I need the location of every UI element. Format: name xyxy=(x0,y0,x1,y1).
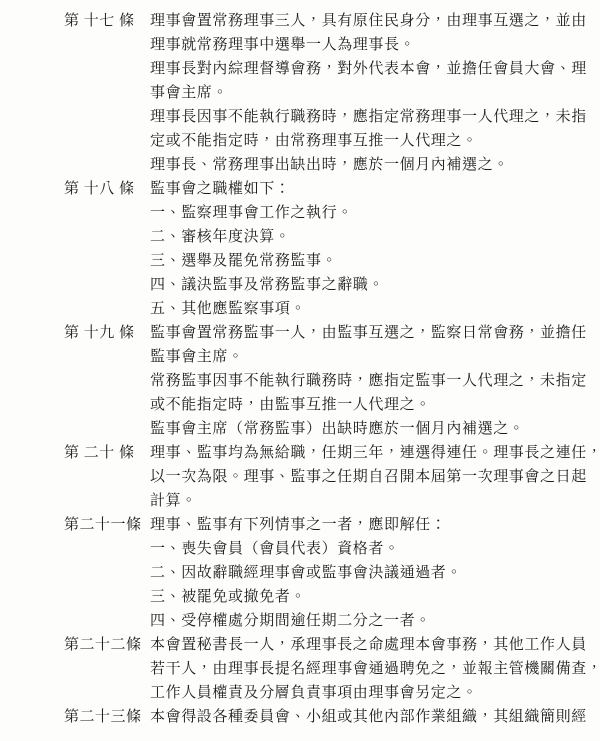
article-line: 監事會之職權如下： xyxy=(150,177,600,201)
article-line: 四、受停權處分期間逾任期二分之一者。 xyxy=(150,609,600,633)
article-number: 第 十七 條 xyxy=(64,9,150,33)
article-line: 理事長、常務理事出缺出時，應於一個月內補選之。 xyxy=(150,153,600,177)
article-line: 二、審核年度決算。 xyxy=(150,225,600,249)
article-line: 理事長對內綜理督導會務，對外代表本會，並擔任會員大會、理 xyxy=(150,57,600,81)
article-body: 監事會之職權如下： 一、監察理事會工作之執行。 二、審核年度決算。 三、選舉及罷… xyxy=(150,177,600,321)
article-number: 第 十九 條 xyxy=(64,321,150,345)
article-line: 理事會置常務理事三人，具有原住民身分，由理事互選之，並由 xyxy=(150,9,600,33)
article-line: 以一次為限。理事、監事之任期自召開本屆第一次理事會之日起 xyxy=(150,465,600,489)
article-19: 第 十九 條 監事會置常務監事一人，由監事互選之，監察日常會務，並擔任 監事會主… xyxy=(0,321,600,441)
article-number: 第 十八 條 xyxy=(64,177,150,201)
article-23: 第二十三條 本會得設各種委員會、小組或其他內部作業組織，其組織簡則經 xyxy=(0,705,600,729)
article-line: 四、議決監事及常務監事之辭職。 xyxy=(150,273,600,297)
article-line: 二、因故辭職經理事會或監事會決議通過者。 xyxy=(150,561,600,585)
article-line: 監事會主席（常務監事）出缺時應於一個月內補選之。 xyxy=(150,417,600,441)
article-number: 第二十三條 xyxy=(64,705,150,729)
article-20: 第 二十 條 理事、監事均為無給職，任期三年，連選得連任。理事長之連任， 以一次… xyxy=(0,441,600,513)
article-line: 計算。 xyxy=(150,489,600,513)
article-number: 第二十二條 xyxy=(64,633,150,657)
article-number: 第二十一條 xyxy=(64,513,150,537)
article-line: 若干人，由理事長提名經理事會通過聘免之，並報主管機關備查， xyxy=(150,657,600,681)
article-line: 理事、監事有下列情事之一者，應即解任： xyxy=(150,513,600,537)
article-line: 五、其他應監察事項。 xyxy=(150,297,600,321)
article-line: 本會置秘書長一人，承理事長之命處理本會事務，其他工作人員 xyxy=(150,633,600,657)
article-22: 第二十二條 本會置秘書長一人，承理事長之命處理本會事務，其他工作人員 若干人，由… xyxy=(0,633,600,705)
article-line: 監事會主席。 xyxy=(150,345,600,369)
article-body: 監事會置常務監事一人，由監事互選之，監察日常會務，並擔任 監事會主席。 常務監事… xyxy=(150,321,600,441)
article-body: 理事、監事有下列情事之一者，應即解任： 一、喪失會員（會員代表）資格者。 二、因… xyxy=(150,513,600,633)
article-line: 定或不能指定時，由常務理事互推一人代理之。 xyxy=(150,129,600,153)
article-line: 理事就常務理事中選舉一人為理事長。 xyxy=(150,33,600,57)
article-line: 一、監察理事會工作之執行。 xyxy=(150,201,600,225)
article-17: 第 十七 條 理事會置常務理事三人，具有原住民身分，由理事互選之，並由 理事就常… xyxy=(0,9,600,177)
article-body: 本會得設各種委員會、小組或其他內部作業組織，其組織簡則經 xyxy=(150,705,600,729)
article-line: 監事會置常務監事一人，由監事互選之，監察日常會務，並擔任 xyxy=(150,321,600,345)
article-line: 或不能指定時，由監事互推一人代理之。 xyxy=(150,393,600,417)
article-line: 本會得設各種委員會、小組或其他內部作業組織，其組織簡則經 xyxy=(150,705,600,729)
article-body: 理事、監事均為無給職，任期三年，連選得連任。理事長之連任， 以一次為限。理事、監… xyxy=(150,441,600,513)
article-number: 第 二十 條 xyxy=(64,441,150,465)
article-line: 一、喪失會員（會員代表）資格者。 xyxy=(150,537,600,561)
article-21: 第二十一條 理事、監事有下列情事之一者，應即解任： 一、喪失會員（會員代表）資格… xyxy=(0,513,600,633)
article-18: 第 十八 條 監事會之職權如下： 一、監察理事會工作之執行。 二、審核年度決算。… xyxy=(0,177,600,321)
article-line: 常務監事因事不能執行職務時，應指定監事一人代理之，未指定 xyxy=(150,369,600,393)
article-body: 本會置秘書長一人，承理事長之命處理本會事務，其他工作人員 若干人，由理事長提名經… xyxy=(150,633,600,705)
article-line: 工作人員權責及分層負責事項由理事會另定之。 xyxy=(150,681,600,705)
article-line: 理事、監事均為無給職，任期三年，連選得連任。理事長之連任， xyxy=(150,441,600,465)
article-body: 理事會置常務理事三人，具有原住民身分，由理事互選之，並由 理事就常務理事中選舉一… xyxy=(150,9,600,177)
document-page: 第 十七 條 理事會置常務理事三人，具有原住民身分，由理事互選之，並由 理事就常… xyxy=(0,0,600,741)
article-line: 三、選舉及罷免常務監事。 xyxy=(150,249,600,273)
article-line: 理事長因事不能執行職務時，應指定常務理事一人代理之，未指 xyxy=(150,105,600,129)
article-line: 三、被罷免或撤免者。 xyxy=(150,585,600,609)
article-line: 事會主席。 xyxy=(150,81,600,105)
